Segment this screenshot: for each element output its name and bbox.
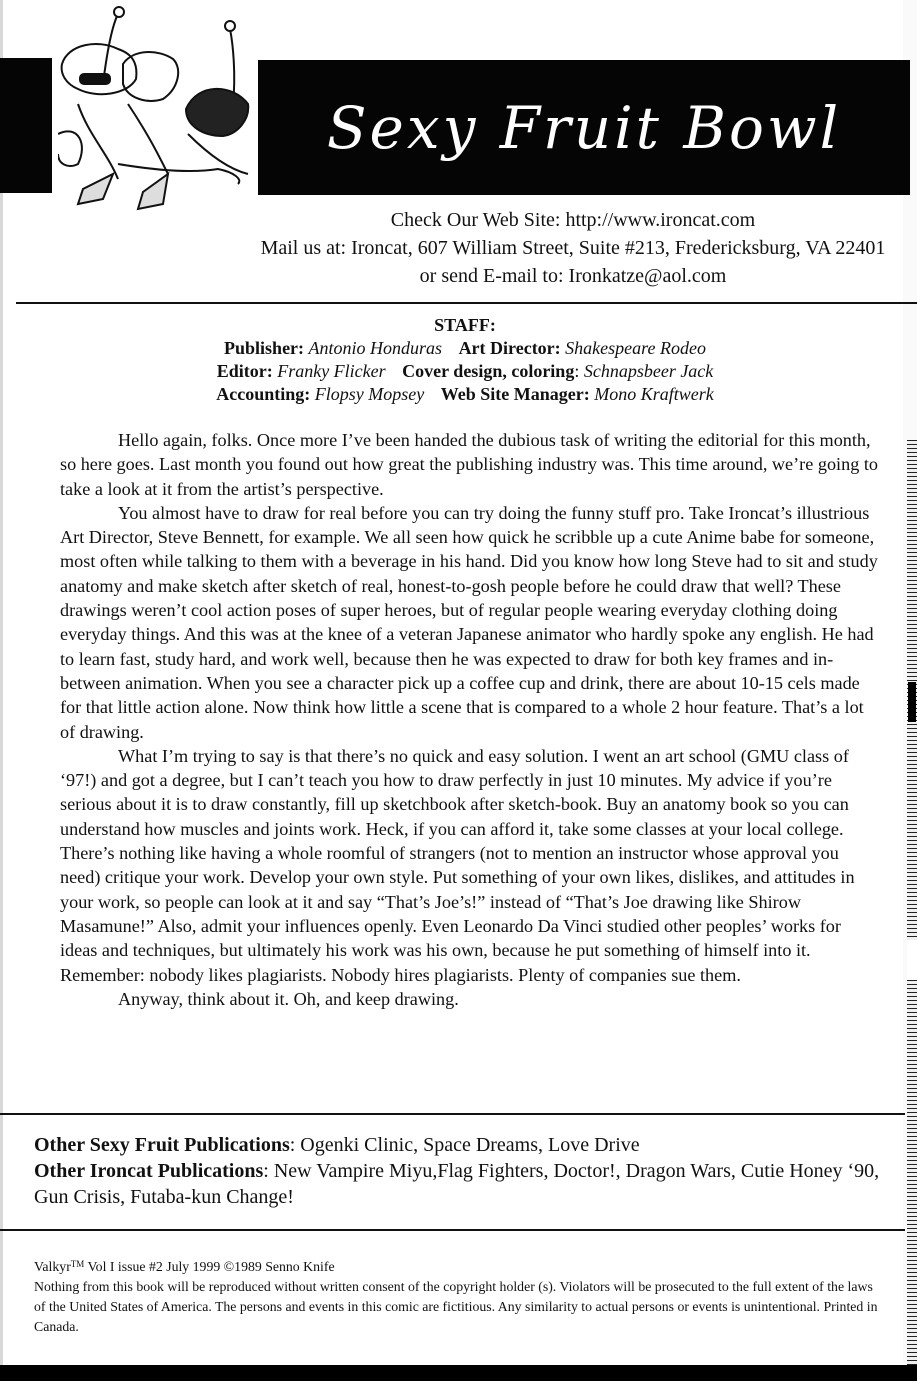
staff-name: Antonio Honduras — [309, 338, 443, 358]
publications-label: Other Sexy Fruit Publications — [34, 1134, 290, 1156]
publications-label: Other Ironcat Publications — [34, 1160, 263, 1182]
staff-role: Accounting: — [216, 384, 310, 404]
divider-bottom — [0, 1229, 905, 1231]
page-left-edge — [0, 0, 3, 1381]
staff-row: Editor: Franky Flicker Cover design, col… — [160, 360, 770, 383]
staff-name: Shakespeare Rodeo — [565, 338, 706, 358]
staff-role: Editor: — [217, 361, 273, 381]
staff-role: Cover design, coloring — [402, 361, 574, 381]
page-title: Sexy Fruit Bowl — [327, 94, 841, 162]
sexy-fruit-publications: Other Sexy Fruit Publications: Ogenki Cl… — [34, 1132, 884, 1158]
staff-row: Publisher: Antonio Honduras Art Director… — [160, 337, 770, 360]
binding-strip-gap — [907, 940, 917, 980]
editorial-body: Hello again, folks. Once more I’ve been … — [60, 428, 880, 1011]
editorial-paragraph: Anyway, think about it. Oh, and keep dra… — [60, 987, 880, 1011]
trademark-symbol: TM — [71, 1259, 85, 1269]
staff-heading: STAFF: — [160, 314, 770, 337]
binding-strip — [907, 440, 917, 1370]
editorial-paragraph: Hello again, folks. Once more I’ve been … — [60, 428, 880, 501]
editorial-paragraph: What I’m trying to say is that there’s n… — [60, 744, 880, 987]
divider-middle — [0, 1113, 905, 1115]
mail-address-line: Mail us at: Ironcat, 607 William Street,… — [258, 234, 888, 262]
legal-notice: ValkyrTM Vol I issue #2 July 1999 ©1989 … — [34, 1254, 884, 1337]
issue-details: Vol I issue #2 July 1999 ©1989 Senno Kni… — [84, 1259, 334, 1274]
title-banner: Sexy Fruit Bowl — [258, 60, 910, 195]
staff-role: Art Director: — [459, 338, 561, 358]
other-publications: Other Sexy Fruit Publications: Ogenki Cl… — [34, 1132, 884, 1210]
website-line[interactable]: Check Our Web Site: http://www.ironcat.c… — [258, 206, 888, 234]
staff-credits: STAFF: Publisher: Antonio Honduras Art D… — [160, 314, 770, 406]
copyright-notice: Nothing from this book will be reproduce… — [34, 1277, 884, 1337]
email-line[interactable]: or send E-mail to: Ironkatze@aol.com — [258, 262, 888, 290]
staff-name: Flopsy Mopsey — [315, 384, 424, 404]
ironcat-publications: Other Ironcat Publications: New Vampire … — [34, 1158, 884, 1210]
page-bottom-edge — [0, 1365, 917, 1381]
staff-row: Accounting: Flopsy Mopsey Web Site Manag… — [160, 383, 770, 406]
editorial-paragraph: You almost have to draw for real before … — [60, 501, 880, 744]
issue-name: Valkyr — [34, 1259, 71, 1274]
contact-info: Check Our Web Site: http://www.ironcat.c… — [258, 206, 888, 290]
binding-strip-mark — [908, 682, 916, 722]
anime-characters-illustration-icon — [58, 4, 253, 216]
staff-name: Franky Flicker — [277, 361, 385, 381]
publications-titles: : Ogenki Clinic, Space Dreams, Love Driv… — [290, 1134, 640, 1156]
left-black-block — [0, 58, 52, 193]
divider-top — [16, 302, 917, 304]
staff-role: Web Site Manager: — [441, 384, 590, 404]
staff-name: Mono Kraftwerk — [594, 384, 714, 404]
issue-info: ValkyrTM Vol I issue #2 July 1999 ©1989 … — [34, 1254, 884, 1277]
staff-role: Publisher: — [224, 338, 304, 358]
staff-name: Schnapsbeer Jack — [584, 361, 713, 381]
staff-separator: : — [574, 361, 584, 381]
